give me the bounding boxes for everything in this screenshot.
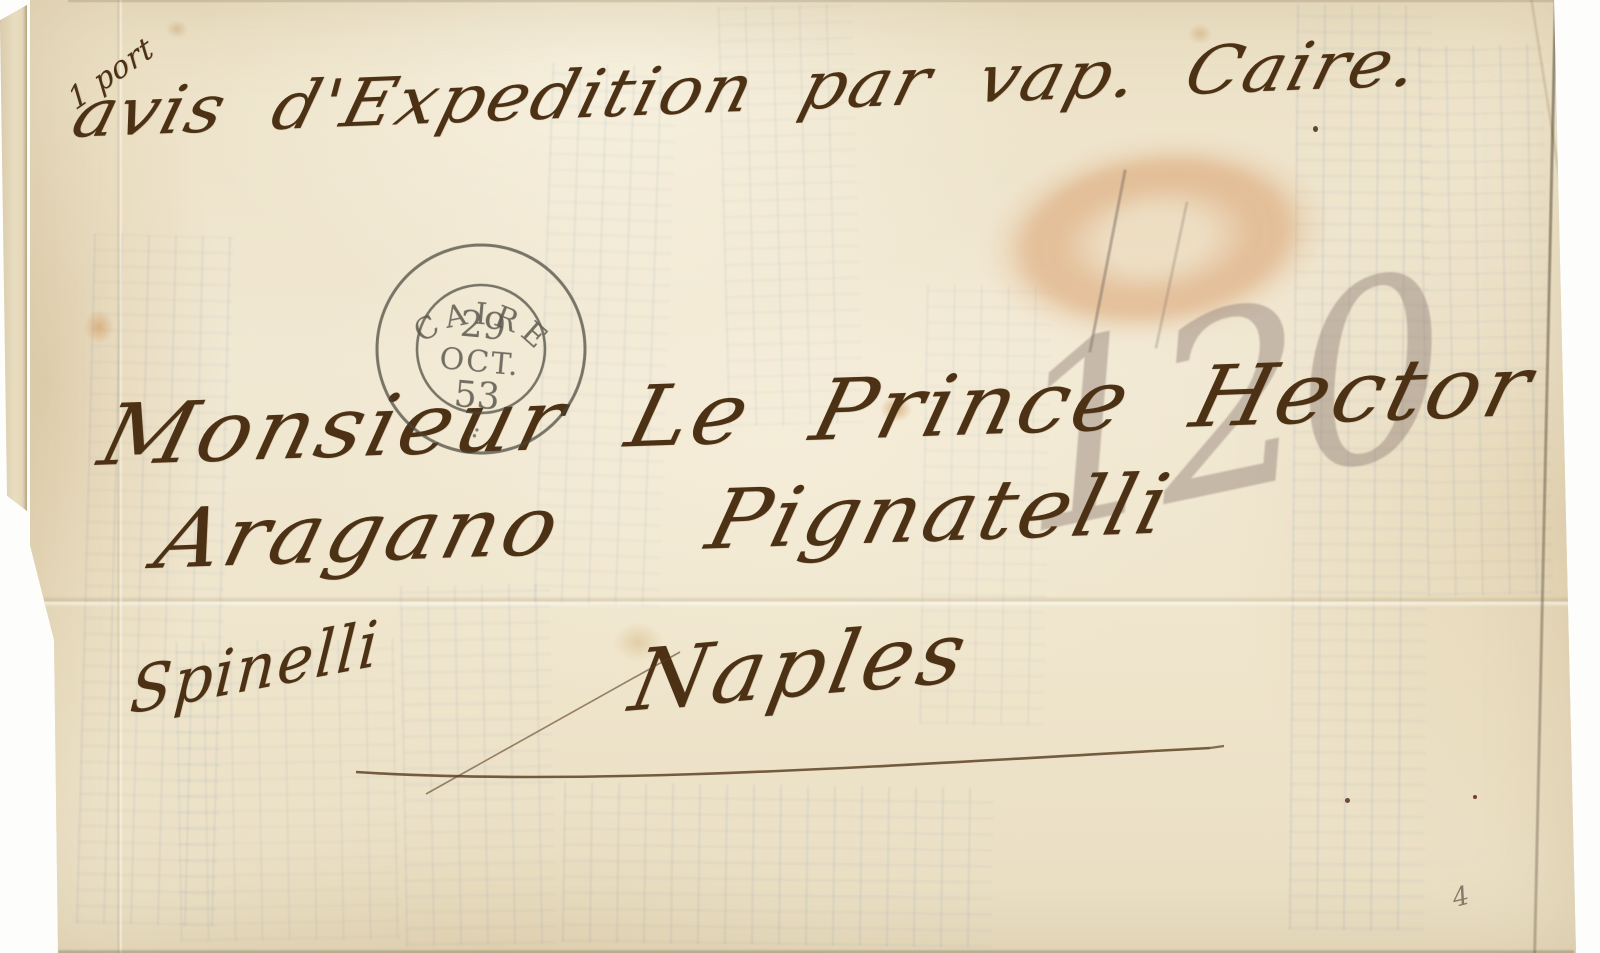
corner-pencil-mark: 4 (1450, 883, 1472, 912)
ink-showthrough-patch (1418, 44, 1553, 596)
ink-speck (1313, 126, 1318, 132)
ink-speck (1345, 798, 1350, 803)
postmark-ornament (467, 428, 479, 439)
letter-paper: 120 1 port avis d'Expedition par vap. Ca… (28, 0, 1576, 953)
foxing-spot (166, 20, 188, 38)
paper-edge-top (68, 0, 1558, 2)
scan-background: 120 1 port avis d'Expedition par vap. Ca… (0, 0, 1600, 953)
postmark-caire: CAIRE 29 OCT. 53 (359, 227, 604, 472)
ink-speck (1473, 795, 1477, 799)
underline-flourish (298, 636, 1238, 806)
postmark-year: 53 (452, 374, 501, 419)
paper-edge-bottom (58, 949, 1574, 953)
fold-crease-horizontal (28, 596, 1576, 607)
ink-showthrough-patch (562, 782, 994, 948)
paper-flap-left (0, 5, 27, 511)
postmark-day: 29 (458, 304, 507, 349)
foxing-spot (84, 310, 114, 344)
